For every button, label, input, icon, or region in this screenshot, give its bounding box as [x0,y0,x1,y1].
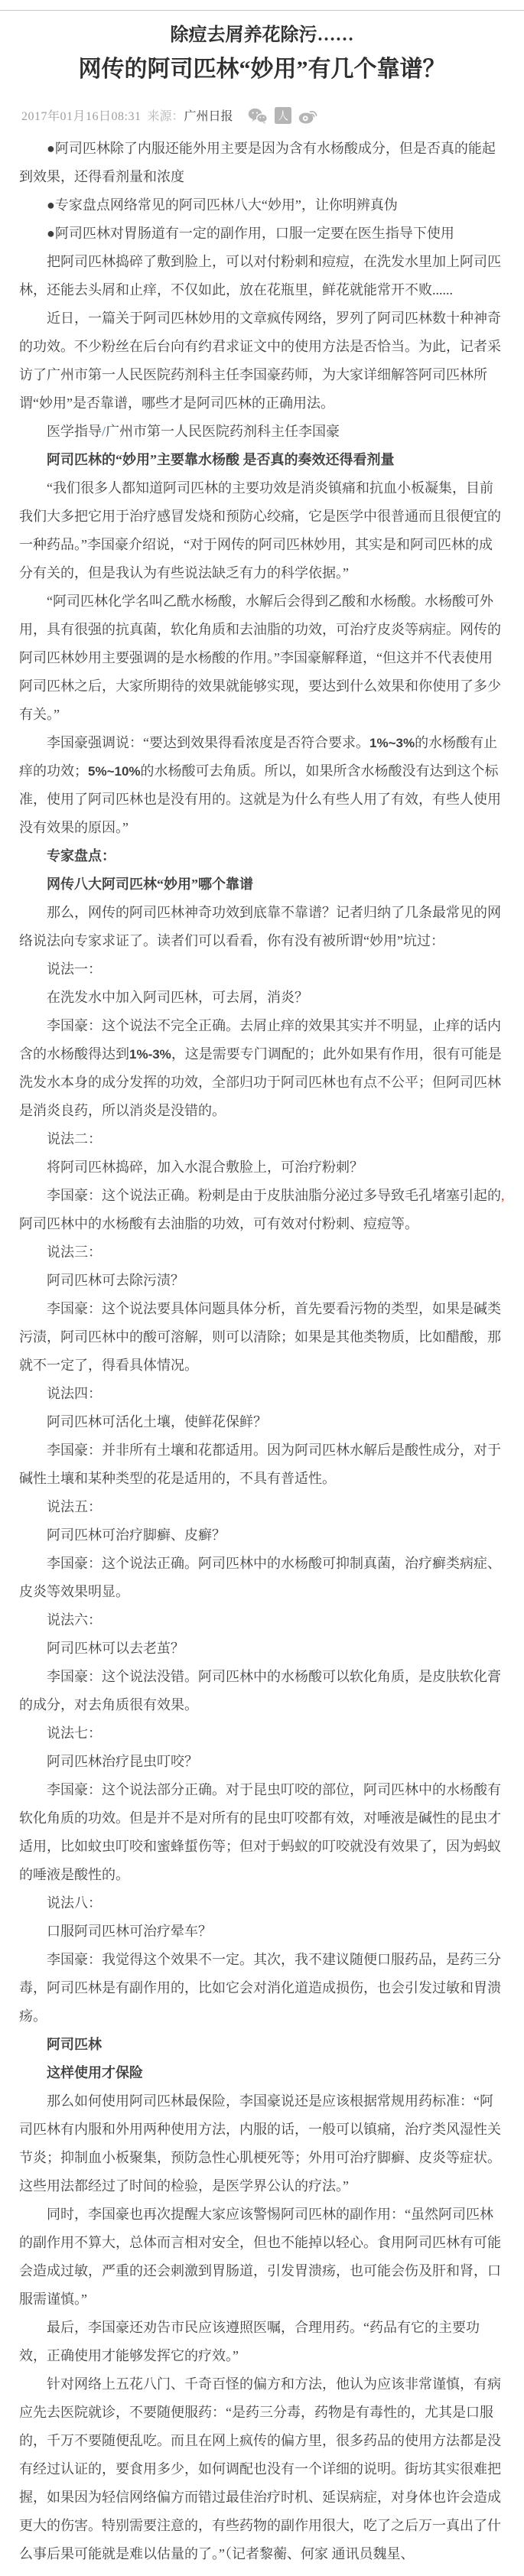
section-heading: 阿司匹林 [19,2031,505,2059]
text-run: 说法六： [47,1612,102,1628]
text-run: 那么，网传的阿司匹林神奇功效到底靠不靠谱？记者归纳了几条最常见的网络说法向专家求… [19,905,501,948]
paragraph: 李国豪：这个说法正确。阿司匹林中的水杨酸可抑制真菌，治疗癣类病症、皮炎等效果明显… [19,1550,505,1606]
text-run: 那么如何使用阿司匹林最保险，李国豪说还是应该根据常规用药标准：“阿司匹林有内服和… [19,2093,501,2194]
text-run: 李国豪：这个说法部分正确。对于昆虫叮咬的部位，阿司匹林中的水杨酸有软化角质的功效… [19,1782,501,1882]
paragraph: 说法二： [19,1125,505,1153]
paragraph: 阿司匹林可以去老茧？ [19,1634,505,1663]
text-run: 网传八大阿司匹林“妙用”哪个靠谱 [47,877,253,892]
paragraph: 在洗发水中加入阿司匹林，可去屑，消炎？ [19,984,505,1012]
top-divider [0,10,524,11]
share-icons: 人 [248,107,317,124]
text-run: 李国豪：这个说法要具体问题具体分析，首先要看污物的类型，如果是碱类污渍，阿司匹林… [19,1301,501,1373]
paragraph: 那么，网传的阿司匹林神奇功效到底靠不靠谱？记者归纳了几条最常见的网络说法向专家求… [19,899,505,955]
section-heading: 阿司匹林的“妙用”主要靠水杨酸 是否真的奏效还得看剂量 [19,446,505,474]
publish-date: 2017年01月16日08:31 [21,106,141,124]
paragraph: “阿司匹林化学名叫乙酰水杨酸，水解后会得到乙酸和水杨酸。水杨酸可外用，具有很强的… [19,587,505,729]
text-run: 最后，李国豪还劝告市民应该遵照医嘱，合理用药。“药品有它的主要功效，正确使用才能… [19,2320,480,2363]
article-page: 除痘去屑养花除污…… 网传的阿司匹林“妙用”有几个靠谱？ 2017年01月16日… [0,10,524,2576]
text-run: 李国豪：这个说法正确。阿司匹林中的水杨酸可抑制真菌，治疗癣类病症、皮炎等效果明显… [19,1556,501,1599]
section-heading: 专家盘点： [19,842,505,870]
text-run: 1%-3% [129,1047,171,1062]
text-run: 把阿司匹林捣碎了敷到脸上，可以对付粉刺和痘痘，在洗发水里加上阿司匹林，还能去头屑… [19,254,501,298]
paragraph: 说法八： [19,1889,505,1917]
text-run: 口服阿司匹林可治疗晕车？ [47,1924,212,1939]
text-run: 专家盘点： [47,848,116,864]
paragraph: 说法一： [19,955,505,984]
paragraph: 说法四： [19,1380,505,1408]
text-run: 阿司匹林的“妙用”主要靠水杨酸 是否真的奏效还得看剂量 [47,452,395,467]
text-run: 阿司匹林治疗昆虫叮咬？ [47,1754,198,1769]
paragraph: “我们很多人都知道阿司匹林的主要功效是消炎镇痛和抗血小板凝集，目前我们大多把它用… [19,474,505,587]
text-run: 这样使用才保险 [47,2065,143,2080]
text-run: 说法七： [47,1725,102,1741]
paragraph: 李国豪：我觉得这个效果不一定。其次，我不建议随便口服药品，是药三分毒，阿司匹林是… [19,1946,505,2031]
text-run: ●阿司匹林对胃肠道有一定的副作用，口服一定要在医生指导下使用 [47,226,454,241]
text-run: 阿司匹林中的水杨酸有去油脂的功效，可有效对付粉刺、痘痘等。 [19,1216,418,1231]
paragraph: 李国豪：这个说法不完全正确。去屑止痒的效果其实并不明显，止痒的话内含的水杨酸得达… [19,1012,505,1125]
text-run: 李国豪：这个说法正确。粉刺是由于皮肤油脂分泌过多导致毛孔堵塞引起的 [47,1188,501,1203]
text-run: ●阿司匹林除了内服还能外用主要是因为含有水杨酸成分，但是否真的能起到效果，还得看… [19,141,496,184]
paragraph: ●阿司匹林对胃肠道有一定的副作用，口服一定要在医生指导下使用 [19,220,505,248]
text-run: 5%~10% [88,764,141,779]
paragraph: 医学指导/广州市第一人民医院药剂科主任李国豪 [19,418,505,446]
source-name[interactable]: 广州日报 [184,106,233,124]
section-heading: 这样使用才保险 [19,2059,505,2087]
text-run: 说法一： [47,961,102,977]
text-run: 广州市第一人民医院药剂科主任李国豪 [106,424,340,439]
paragraph: 最后，李国豪还劝告市民应该遵照医嘱，合理用药。“药品有它的主要功效，正确使用才能… [19,2314,505,2370]
paragraph: 说法六： [19,1606,505,1634]
paragraph: 李国豪：并非所有土壤和花都适用。因为阿司匹林水解后是酸性成分，对于碱性土壤和某种… [19,1436,505,1493]
renren-icon[interactable]: 人 [275,107,291,124]
text-run: 同时，李国豪也再次提醒大家应该警惕阿司匹林的副作用：“虽然阿司匹林的副作用不算大… [19,2207,501,2307]
paragraph: 把阿司匹林捣碎了敷到脸上，可以对付粉刺和痘痘，在洗发水里加上阿司匹林，还能去头屑… [19,248,505,304]
paragraph: 同时，李国豪也再次提醒大家应该警惕阿司匹林的副作用：“虽然阿司匹林的副作用不算大… [19,2200,505,2314]
paragraph: 李国豪强调说：“要达到效果得看浓度是否符合要求。1%~3%的水杨酸有止痒的功效；… [19,729,505,842]
text-run: 在洗发水中加入阿司匹林，可去屑，消炎？ [47,990,308,1005]
text-run: 说法四： [47,1386,102,1401]
article-subtitle: 除痘去屑养花除污…… [0,24,524,47]
text-run: 说法五： [47,1499,102,1514]
paragraph: ●专家盘点网络常见的阿司匹林八大“妙用”，让你明辨真伪 [19,191,505,220]
article-meta: 2017年01月16日08:31 来源： 广州日报 人 [0,106,524,124]
section-heading: 网传八大阿司匹林“妙用”哪个靠谱 [19,870,505,899]
paragraph: 近日，一篇关于阿司匹林妙用的文章疯传网络，罗列了阿司匹林数十种神奇的功效。不少粉… [19,304,505,418]
text-run: 李国豪强调说：“要达到效果得看浓度是否符合要求。 [47,735,369,750]
paragraph: 说法七： [19,1719,505,1748]
paragraph: 那么如何使用阿司匹林最保险，李国豪说还是应该根据常规用药标准：“阿司匹林有内服和… [19,2087,505,2200]
paragraph: 阿司匹林可活化土壤，使鲜花保鲜？ [19,1408,505,1436]
text-run: , [501,1188,505,1203]
text-run: 针对网络上五花八门、千奇百怪的偏方和方法，他认为应该非常谨慎，有病应先去医院就诊… [19,2376,501,2561]
paragraph: 阿司匹林可去除污渍？ [19,1267,505,1295]
text-run: 阿司匹林可活化土壤，使鲜花保鲜？ [47,1414,267,1429]
paragraph: 将阿司匹林捣碎，加入水混合敷脸上，可治疗粉刺？ [19,1153,505,1182]
text-run: 李国豪：并非所有土壤和花都适用。因为阿司匹林水解后是酸性成分，对于碱性土壤和某种… [19,1442,501,1486]
text-run: 阿司匹林可以去老茧？ [47,1641,184,1656]
paragraph: 李国豪：这个说法正确。粉刺是由于皮肤油脂分泌过多导致毛孔堵塞引起的,阿司匹林中的… [19,1182,505,1238]
wechat-icon[interactable] [248,107,268,124]
text-run: “我们很多人都知道阿司匹林的主要功效是消炎镇痛和抗血小板凝集，目前我们大多把它用… [19,480,501,581]
paragraph: 阿司匹林可治疗脚癣、皮癣？ [19,1521,505,1550]
paragraph: 口服阿司匹林可治疗晕车？ [19,1917,505,1946]
text-run: 说法二： [47,1131,102,1147]
article-body: ●阿司匹林除了内服还能外用主要是因为含有水杨酸成分，但是否真的能起到效果，还得看… [0,124,524,2576]
paragraph: 李国豪：这个说法要具体问题具体分析，首先要看污物的类型，如果是碱类污渍，阿司匹林… [19,1295,505,1380]
text-run: 李国豪：我觉得这个效果不一定。其次，我不建议随便口服药品，是药三分毒，阿司匹林是… [19,1952,501,2024]
paragraph: 李国豪：这个说法没错。阿司匹林中的水杨酸可以软化角质，是皮肤软化膏的成分，对去角… [19,1663,505,1719]
text-run: ●专家盘点网络常见的阿司匹林八大“妙用”，让你明辨真伪 [47,197,398,213]
paragraph: 李国豪：这个说法部分正确。对于昆虫叮咬的部位，阿司匹林中的水杨酸有软化角质的功效… [19,1776,505,1889]
paragraph: 针对网络上五花八门、千奇百怪的偏方和方法，他认为应该非常谨慎，有病应先去医院就诊… [19,2370,505,2568]
text-run: 阿司匹林可治疗脚癣、皮癣？ [47,1527,226,1543]
page-title: 网传的阿司匹林“妙用”有几个靠谱？ [15,55,509,84]
svg-text:人: 人 [278,109,288,122]
text-run: “阿司匹林化学名叫乙酰水杨酸，水解后会得到乙酸和水杨酸。水杨酸可外用，具有很强的… [19,594,501,722]
text-run: 近日，一篇关于阿司匹林妙用的文章疯传网络，罗列了阿司匹林数十种神奇的功效。不少粉… [19,311,501,411]
text-run: 1%~3% [369,736,415,750]
weibo-icon[interactable] [298,107,317,124]
paragraph: 阿司匹林治疗昆虫叮咬？ [19,1748,505,1776]
text-run: 说法三： [47,1244,102,1260]
source-label: 来源： [147,106,184,124]
text-run: 说法八： [47,1895,102,1911]
text-run: 将阿司匹林捣碎，加入水混合敷脸上，可治疗粉刺？ [47,1160,363,1175]
text-run: 李国豪：这个说法没错。阿司匹林中的水杨酸可以软化角质，是皮肤软化膏的成分，对去角… [19,1669,501,1712]
paragraph: 说法五： [19,1493,505,1521]
text-run: 阿司匹林 [47,2037,102,2052]
paragraph: 说法三： [19,1238,505,1267]
text-run: 医学指导 [47,424,102,439]
text-run: 阿司匹林可去除污渍？ [47,1273,184,1288]
paragraph: ●阿司匹林除了内服还能外用主要是因为含有水杨酸成分，但是否真的能起到效果，还得看… [19,135,505,191]
